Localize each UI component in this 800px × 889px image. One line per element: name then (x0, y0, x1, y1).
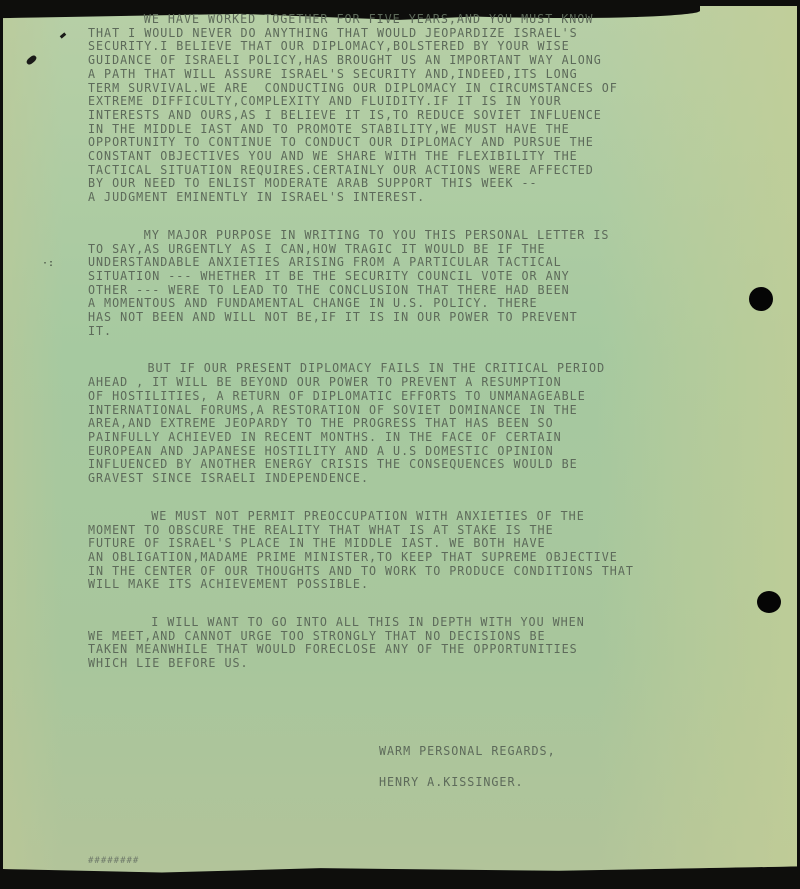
text-line: AN OBLIGATION,MADAME PRIME MINISTER,TO K… (88, 550, 720, 564)
punch-hole (757, 591, 781, 613)
paragraph: WE HAVE WORKED TOGETHER FOR FIVE YEARS,A… (88, 12, 720, 204)
text-line: BUT IF OUR PRESENT DIPLOMACY FAILS IN TH… (88, 361, 720, 375)
text-line: IT. (88, 324, 720, 338)
text-line: WE MUST NOT PERMIT PREOCCUPATION WITH AN… (88, 509, 720, 523)
text-line: SECURITY.I BELIEVE THAT OUR DIPLOMACY,BO… (88, 39, 720, 53)
text-line: A JUDGMENT EMINENTLY IN ISRAEL'S INTERES… (88, 190, 720, 204)
letter-body: WE HAVE WORKED TOGETHER FOR FIVE YEARS,A… (88, 12, 720, 670)
text-line: SITUATION --- WHETHER IT BE THE SECURITY… (88, 269, 720, 283)
bottom-edge (0, 876, 800, 889)
text-line: A MOMENTOUS AND FUNDAMENTAL CHANGE IN U.… (88, 296, 720, 310)
text-line: WILL MAKE ITS ACHIEVEMENT POSSIBLE. (88, 577, 720, 591)
paragraph: WE MUST NOT PERMIT PREOCCUPATION WITH AN… (88, 509, 720, 591)
text-line: EXTREME DIFFICULTY,COMPLEXITY AND FLUIDI… (88, 94, 720, 108)
end-marker: ######## (88, 856, 139, 866)
text-line: TACTICAL SITUATION REQUIRES.CERTAINLY OU… (88, 163, 720, 177)
text-line: INTERESTS AND OURS,AS I BELIEVE IT IS,TO… (88, 108, 720, 122)
text-line: OTHER --- WERE TO LEAD TO THE CONCLUSION… (88, 283, 720, 297)
paragraph: I WILL WANT TO GO INTO ALL THIS IN DEPTH… (88, 615, 720, 670)
signature: HENRY A.KISSINGER. (379, 774, 524, 789)
text-line: WHICH LIE BEFORE US. (88, 656, 720, 670)
paragraph: MY MAJOR PURPOSE IN WRITING TO YOU THIS … (88, 228, 720, 338)
paragraph-gap (88, 485, 720, 509)
paragraph-gap (88, 591, 720, 615)
text-line: PAINFULLY ACHIEVED IN RECENT MONTHS. IN … (88, 430, 720, 444)
text-line: IN THE CENTER OF OUR THOUGHTS AND TO WOR… (88, 564, 720, 578)
text-line: EUROPEAN AND JAPANESE HOSTILITY AND A U.… (88, 444, 720, 458)
text-line: UNDERSTANDABLE ANXIETIES ARISING FROM A … (88, 255, 720, 269)
paragraph: BUT IF OUR PRESENT DIPLOMACY FAILS IN TH… (88, 361, 720, 484)
text-line: INTERNATIONAL FORUMS,A RESTORATION OF SO… (88, 403, 720, 417)
text-line: MOMENT TO OBSCURE THE REALITY THAT WHAT … (88, 523, 720, 537)
text-line: CONSTANT OBJECTIVES YOU AND WE SHARE WIT… (88, 149, 720, 163)
text-line: I WILL WANT TO GO INTO ALL THIS IN DEPTH… (88, 615, 720, 629)
text-line: TO SAY,AS URGENTLY AS I CAN,HOW TRAGIC I… (88, 242, 720, 256)
text-line: TERM SURVIVAL.WE ARE CONDUCTING OUR DIPL… (88, 81, 720, 95)
text-line: OF HOSTILITIES, A RETURN OF DIPLOMATIC E… (88, 389, 720, 403)
text-line: GRAVEST SINCE ISRAELI INDEPENDENCE. (88, 471, 720, 485)
text-line: A PATH THAT WILL ASSURE ISRAEL'S SECURIT… (88, 67, 720, 81)
text-line: BY OUR NEED TO ENLIST MODERATE ARAB SUPP… (88, 176, 720, 190)
text-line: GUIDANCE OF ISRAELI POLICY,HAS BROUGHT U… (88, 53, 720, 67)
paragraph-gap (88, 204, 720, 228)
closing-salutation: WARM PERSONAL REGARDS, (379, 743, 556, 758)
paragraph-gap (88, 337, 720, 361)
text-line: IN THE MIDDLE IAST AND TO PROMOTE STABIL… (88, 122, 720, 136)
text-line: OPPORTUNITY TO CONTINUE TO CONDUCT OUR D… (88, 135, 720, 149)
text-line: FUTURE OF ISRAEL'S PLACE IN THE MIDDLE I… (88, 536, 720, 550)
text-line: HAS NOT BEEN AND WILL NOT BE,IF IT IS IN… (88, 310, 720, 324)
text-line: MY MAJOR PURPOSE IN WRITING TO YOU THIS … (88, 228, 720, 242)
text-line: WE MEET,AND CANNOT URGE TOO STRONGLY THA… (88, 629, 720, 643)
punch-hole (749, 287, 773, 311)
text-line: WE HAVE WORKED TOGETHER FOR FIVE YEARS,A… (88, 12, 720, 26)
margin-mark: ·: (42, 258, 54, 269)
text-line: AREA,AND EXTREME JEOPARDY TO THE PROGRES… (88, 416, 720, 430)
text-line: AHEAD , IT WILL BE BEYOND OUR POWER TO P… (88, 375, 720, 389)
text-line: INFLUENCED BY ANOTHER ENERGY CRISIS THE … (88, 457, 720, 471)
text-line: TAKEN MEANWHILE THAT WOULD FORECLOSE ANY… (88, 642, 720, 656)
text-line: THAT I WOULD NEVER DO ANYTHING THAT WOUL… (88, 26, 720, 40)
